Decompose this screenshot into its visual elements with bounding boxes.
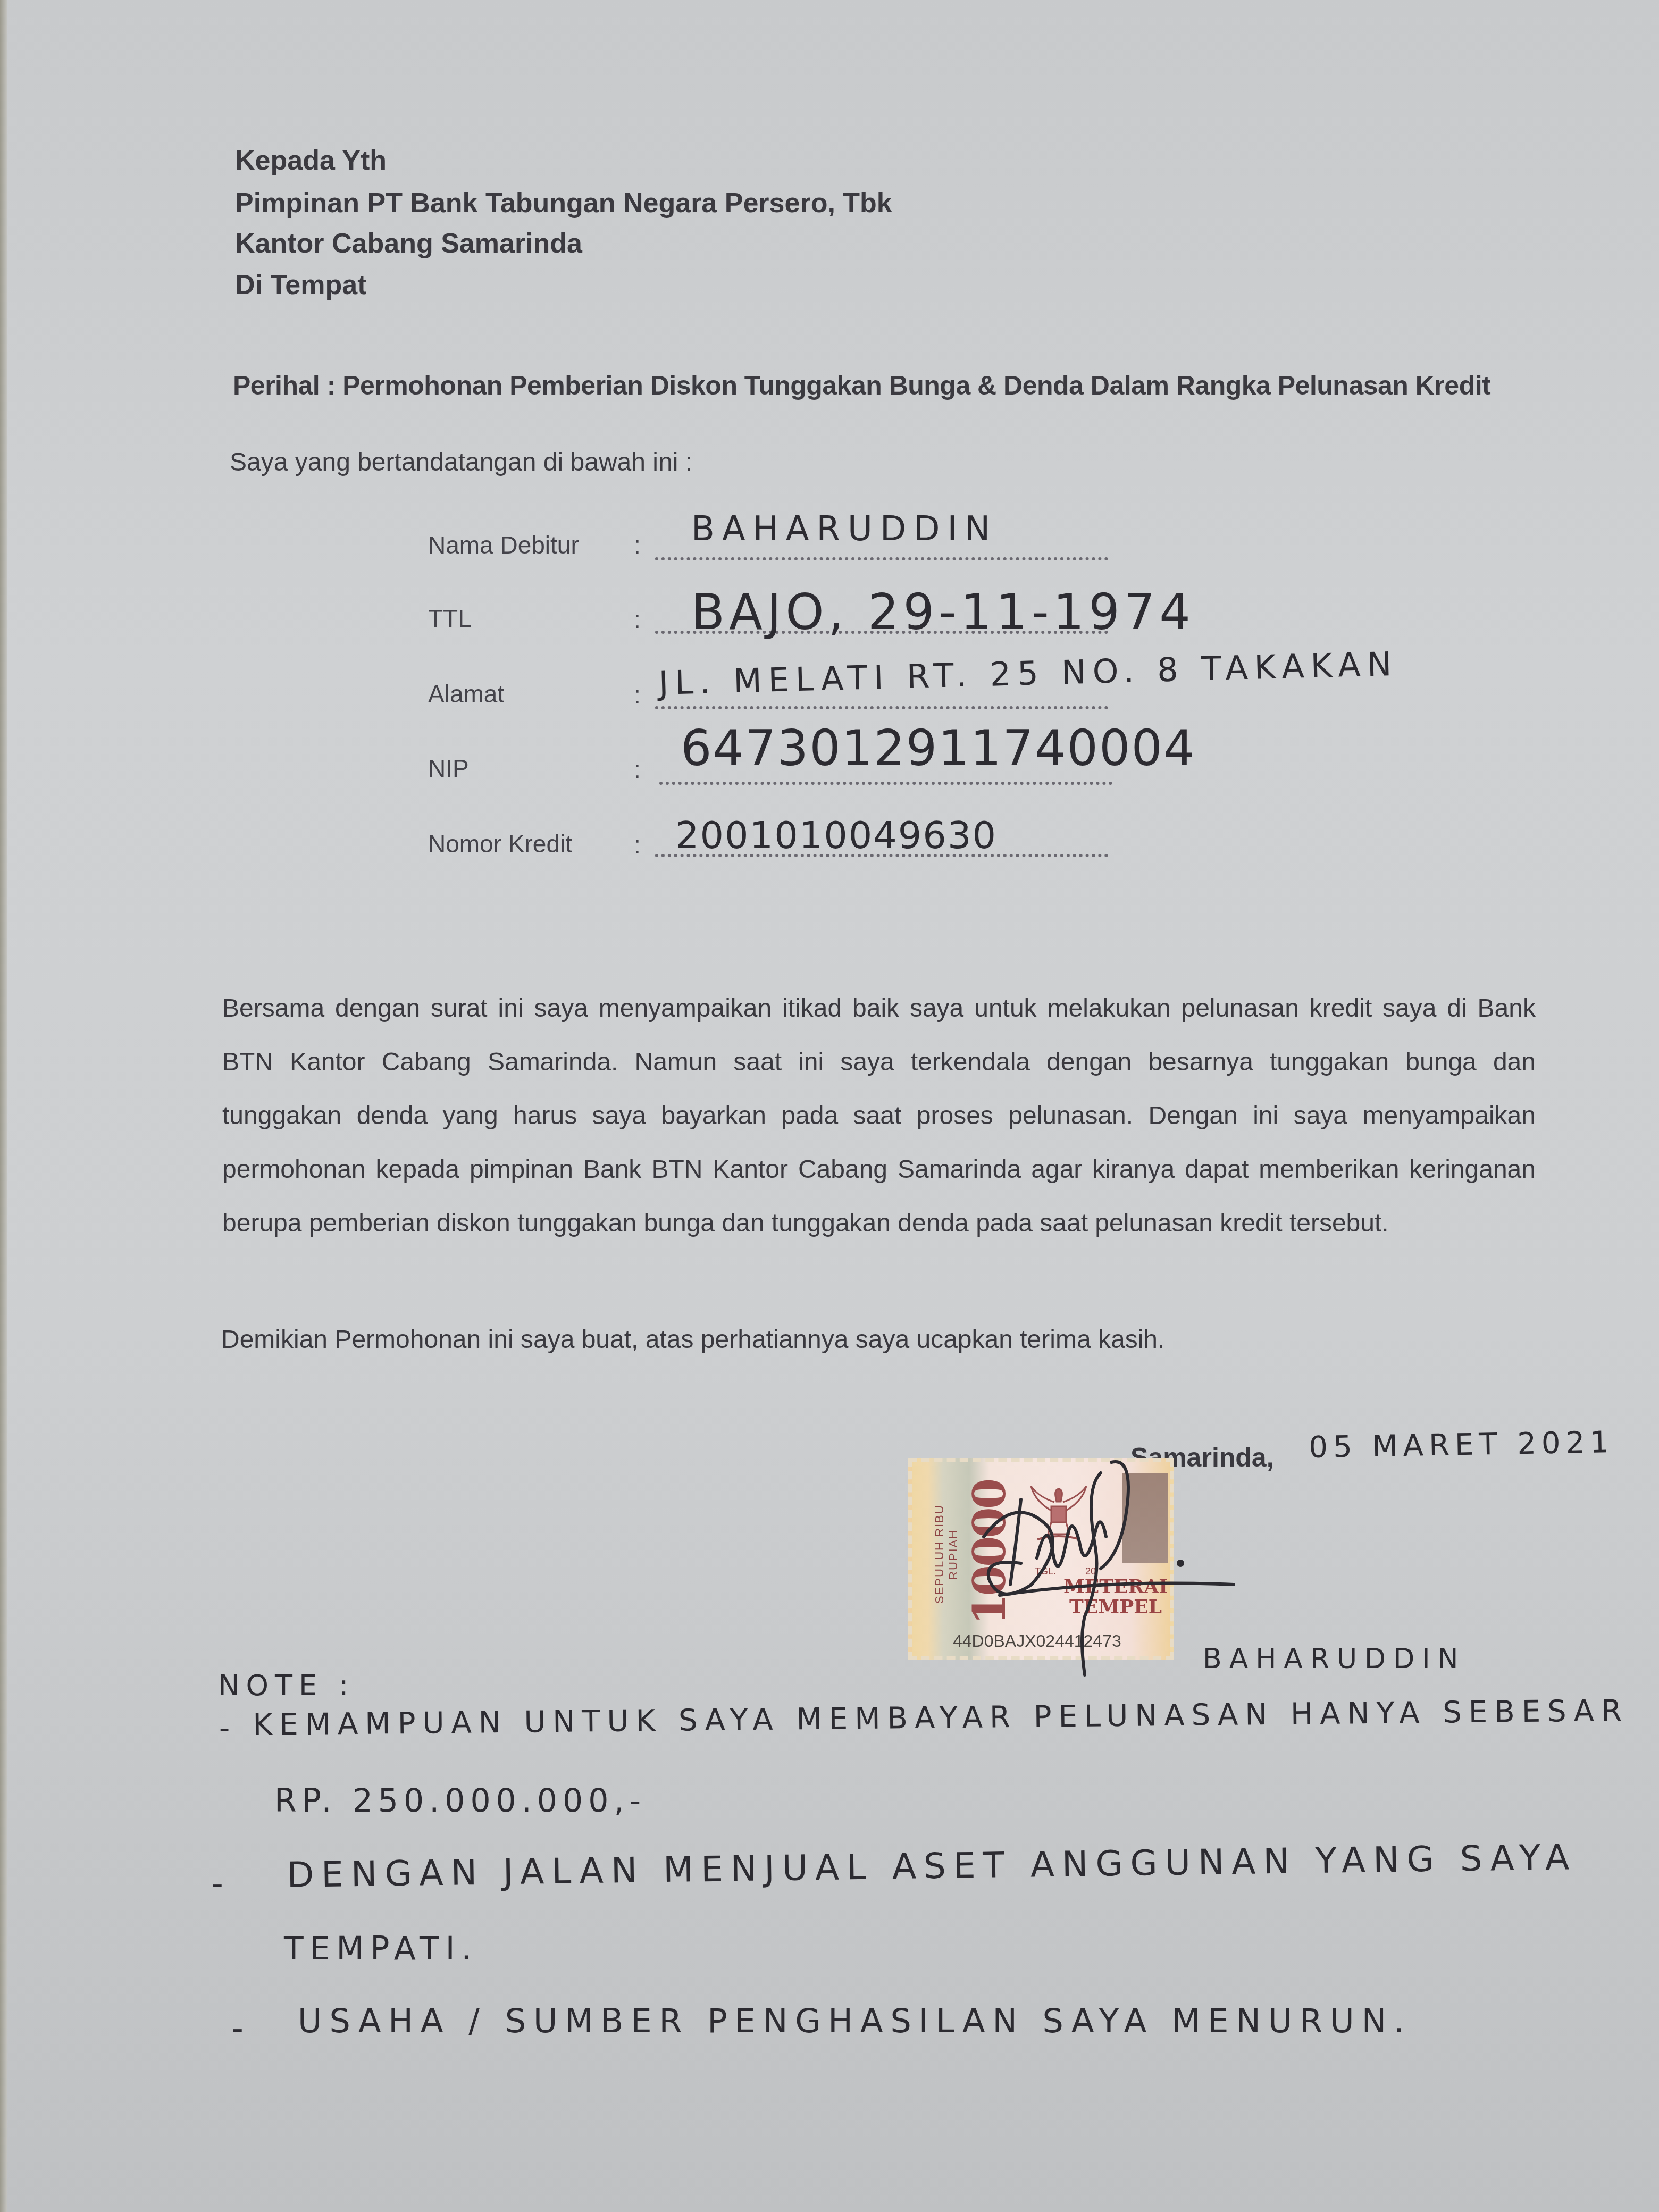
- field-underline: [655, 557, 1108, 560]
- signature-date: 05 MARET 2021: [1309, 1425, 1615, 1465]
- revenue-stamp: SEPULUH RIBU RUPIAH 10000 TGL. 20 METERA…: [908, 1458, 1174, 1660]
- stamp-title-line2: TEMPEL: [1062, 1597, 1169, 1617]
- addressee-line: Di Tempat: [235, 271, 367, 299]
- stamp-title-line1: METERAI: [1062, 1577, 1169, 1597]
- addressee-line: Kantor Cabang Samarinda: [235, 230, 582, 257]
- field-colon: :: [634, 531, 641, 559]
- stamp-tgl-label: TGL.: [1035, 1566, 1056, 1577]
- field-colon: :: [634, 605, 641, 634]
- note-item-2-line-1: DENGAN JALAN MENJUAL ASET ANGGUNAN YANG …: [287, 1837, 1577, 1896]
- field-value-nama-debitur: BAHARUDDIN: [691, 509, 998, 549]
- note-bullet: -: [232, 2010, 244, 2047]
- field-label-nip: NIP: [428, 754, 469, 783]
- field-value-nip: 6473012911740004: [681, 720, 1196, 777]
- field-colon: :: [634, 831, 641, 859]
- stamp-title: METERAI TEMPEL: [1062, 1577, 1169, 1617]
- field-underline: [659, 782, 1112, 785]
- stamp-value: 10000: [963, 1478, 1011, 1627]
- note-item-2-line-2: TEMPATI.: [284, 1930, 477, 1967]
- body-paragraph: Bersama dengan surat ini saya menyampaik…: [222, 982, 1536, 1250]
- field-label-nama-debitur: Nama Debitur: [428, 531, 579, 559]
- field-underline: [655, 706, 1108, 709]
- signer-name: BAHARUDDIN: [1203, 1643, 1465, 1675]
- stamp-serial-number: 44D0BAJX024412473: [953, 1631, 1121, 1651]
- field-label-nomor-kredit: Nomor Kredit: [428, 829, 572, 858]
- addressee-line: Pimpinan PT Bank Tabungan Negara Persero…: [235, 189, 892, 217]
- paper-edge: [0, 0, 7, 2212]
- addressee-line: Kepada Yth: [235, 147, 387, 174]
- field-value-alamat: JL. MELATI RT. 25 NO. 8 TAKAKAN: [658, 644, 1398, 702]
- note-item-3-line-1: USAHA / SUMBER PENGHASILAN SAYA MENURUN.: [298, 2001, 1412, 2040]
- garuda-emblem-icon: [1027, 1481, 1091, 1550]
- note-bullet: -: [219, 1711, 230, 1746]
- field-colon: :: [634, 681, 641, 709]
- note-item-1-line-1: KEMAMPUAN UNTUK SAYA MEMBAYAR PELUNASAN …: [253, 1694, 1629, 1742]
- field-label-alamat: Alamat: [428, 680, 504, 708]
- subject-line: Perihal : Permohonan Pemberian Diskon Tu…: [233, 370, 1490, 401]
- field-label-ttl: TTL: [428, 604, 472, 633]
- field-colon: :: [634, 755, 641, 784]
- closing-sentence: Demikian Permohonan ini saya buat, atas …: [221, 1325, 1164, 1354]
- intro-text: Saya yang bertandatangan di bawah ini :: [230, 448, 692, 477]
- note-bullet: -: [212, 1865, 223, 1903]
- field-value-ttl: BAJO, 29-11-1974: [691, 584, 1195, 641]
- note-item-1-line-2: RP. 250.000.000,-: [274, 1782, 646, 1820]
- stamp-value-words: SEPULUH RIBU RUPIAH: [933, 1482, 960, 1626]
- stamp-portrait-panel: [1122, 1473, 1168, 1563]
- notes-heading: NOTE :: [218, 1669, 355, 1702]
- field-value-nomor-kredit: 2001010049630: [675, 814, 997, 857]
